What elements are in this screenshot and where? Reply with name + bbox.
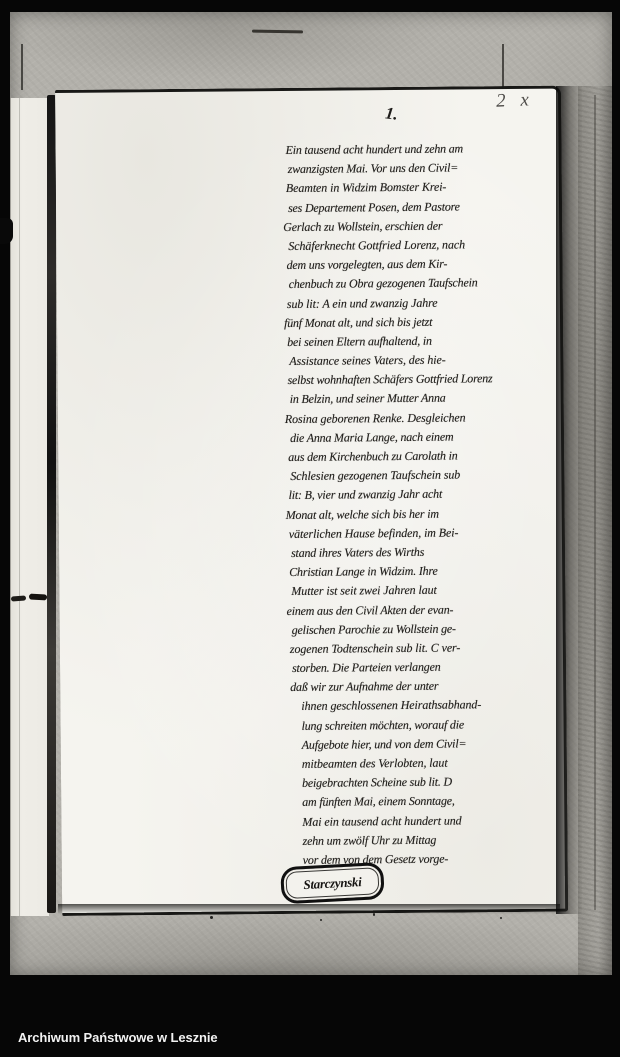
- handwritten-text-line: lit: B, vier und zwanzig Jahr acht: [288, 484, 558, 506]
- handwritten-text-block: Ein tausend acht hundert und zehn amzwan…: [285, 139, 561, 870]
- page-heading-number: 1.: [384, 103, 399, 124]
- page-edge-crease: [19, 98, 20, 916]
- handwritten-text-line: einem aus den Civil Akten der evan-: [286, 599, 559, 621]
- handwritten-text-line: chenbuch zu Obra gezogenen Taufschein: [289, 273, 557, 295]
- handwritten-text-line: am fünften Mai, einem Sonntage,: [302, 791, 561, 812]
- book-gutter-fold: [47, 95, 56, 913]
- handwritten-text-line: Aufgebote hier, und von dem Civil=: [302, 733, 561, 754]
- handwritten-text-line: storben. Die Parteien verlangen: [292, 657, 560, 679]
- handwritten-text-line: Rosina geborenen Renke. Desgleichen: [285, 407, 558, 429]
- handwritten-text-line: Christian Lange in Widzim. Ihre: [289, 561, 559, 583]
- handwritten-text-line: Mai ein tausend acht hundert und: [302, 810, 561, 831]
- pencil-folio-annotation: 2 x: [496, 89, 535, 113]
- handwritten-text-line: zogenen Todtenschein sub lit. C ver-: [290, 637, 560, 659]
- handwritten-text-line: in Belzin, und seiner Mutter Anna: [290, 388, 558, 410]
- handwritten-text-line: zehn um zwölf Uhr zu Mittag: [302, 829, 561, 850]
- handwritten-text-line: Beamten in Widzim Bomster Krei-: [286, 177, 556, 199]
- handwritten-text-line: Schlesien gezogenen Taufschein sub: [290, 465, 558, 487]
- handwritten-text-line: daß wir zur Aufnahme der unter: [290, 676, 560, 698]
- manuscript-page: 1. 2 x Ein tausend acht hundert und zehn…: [55, 86, 568, 916]
- handwritten-text-line: Assistance seines Vaters, des hie-: [289, 350, 557, 372]
- registration-mark-left: [21, 44, 23, 90]
- dust-speck: [210, 916, 213, 919]
- dust-speck: [500, 917, 502, 919]
- registration-mark-right: [502, 44, 504, 90]
- handwritten-text-line: zwanzigsten Mai. Vor uns den Civil=: [288, 158, 556, 180]
- dust-speck: [373, 913, 375, 916]
- handwritten-text-line: ihnen geschlossenen Heirathsabhand-: [301, 695, 560, 716]
- ink-dash-mark: [11, 595, 26, 601]
- archive-caption: Archiwum Państwowe w Lesznie: [18, 1030, 217, 1045]
- page-shadow-bottom: [58, 904, 560, 914]
- handwritten-text-line: die Anna Maria Lange, nach einem: [290, 426, 558, 448]
- handwritten-text-line: stand ihres Vaters des Wirths: [291, 542, 559, 564]
- handwritten-text-line: beigebrachten Scheine sub lit. D: [302, 772, 561, 793]
- handwritten-text-line: dem uns vorgelegten, aus dem Kir-: [286, 254, 556, 276]
- handwritten-text-line: ses Departement Posen, dem Pastore: [288, 196, 556, 218]
- name-stamp: Starczynski: [280, 862, 385, 904]
- ink-dash-mark: [29, 594, 47, 601]
- handwritten-text-line: Schäferknecht Gottfried Lorenz, nach: [288, 235, 556, 257]
- handwritten-text-line: aus dem Kirchenbuch zu Carolath in: [288, 446, 558, 468]
- ink-blot-frame: [0, 218, 13, 244]
- stamp-text: Starczynski: [303, 874, 362, 893]
- handwritten-text-line: sub lit: A ein und zwanzig Jahre: [287, 292, 557, 314]
- handwritten-text-line: väterlichen Hause befinden, im Bei-: [289, 522, 559, 544]
- handwritten-text-line: gelischen Parochie zu Wollstein ge-: [292, 618, 560, 640]
- handwritten-text-line: fünf Monat alt, und sich bis jetzt: [284, 311, 557, 333]
- handwritten-text-line: Ein tausend acht hundert und zehn am: [285, 139, 555, 161]
- handwritten-text-line: mitbeamten des Verlobten, laut: [302, 753, 561, 774]
- handwritten-text-line: Mutter ist seit zwei Jahren laut: [291, 580, 559, 602]
- handwritten-text-line: selbst wohnhaften Schäfers Gottfried Lor…: [287, 369, 557, 391]
- book-page-edges: [10, 98, 49, 916]
- handwritten-text-line: bei seinen Eltern aufhaltend, in: [287, 331, 557, 353]
- handwritten-text-line: Monat alt, welche sich bis her im: [286, 503, 559, 525]
- handwritten-text-line: lung schreiten möchten, worauf die: [301, 714, 560, 735]
- book-edge-streak: [594, 95, 596, 910]
- archival-scan-viewer: 1. 2 x Ein tausend acht hundert und zehn…: [0, 0, 620, 1057]
- handwritten-text-line: Gerlach zu Wollstein, erschien der: [283, 215, 556, 237]
- dust-speck: [320, 919, 322, 921]
